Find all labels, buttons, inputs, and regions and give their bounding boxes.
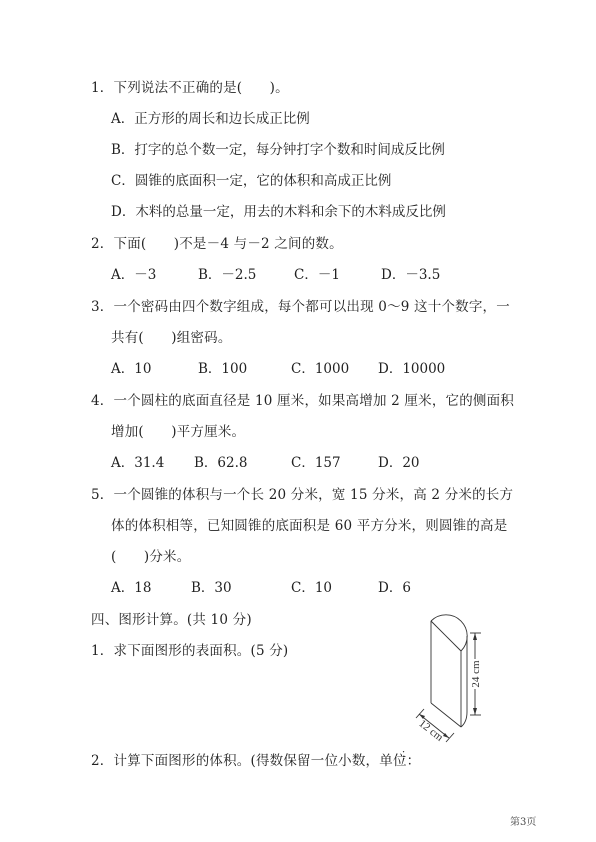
bottom-arc xyxy=(461,712,467,727)
q4-text-line2: 增加( )平方厘米。 xyxy=(111,424,245,440)
diameter-label: 12 cm xyxy=(416,718,445,744)
q5-number: 5． xyxy=(91,487,114,503)
q1-option-c[interactable]: C．圆锥的底面积一定，它的体积和高成正比例 xyxy=(111,173,391,189)
q1-option-d[interactable]: D．木料的总量一定，用去的木料和余下的木料成反比例 xyxy=(111,204,446,220)
q3-text-line2: 共有( )组密码。 xyxy=(111,330,232,346)
q3-number: 3． xyxy=(91,299,114,315)
q2-number: 2． xyxy=(91,236,114,252)
q3-option-d[interactable]: D．10000 xyxy=(378,361,445,377)
section4-title: 四、图形计算。(共 10 分) xyxy=(91,612,252,628)
q2-stem: 2．下面( )不是－4 与－2 之间的数。 xyxy=(91,236,343,252)
q3-option-a[interactable]: A．10 xyxy=(111,361,151,377)
q5-text-line1: 一个圆锥的体积与一个长 20 分米，宽 15 分米，高 2 分米的长方 xyxy=(114,487,514,503)
q3-text-line1: 一个密码由四个数字组成，每个都可以出现 0～9 这十个数字，一 xyxy=(114,299,510,315)
q5-text-line3: ( )分米。 xyxy=(111,549,190,565)
q2-option-c[interactable]: C．－1 xyxy=(294,267,340,283)
q4-option-b[interactable]: B．62.8 xyxy=(194,455,247,471)
q2-option-d[interactable]: D．－3.5 xyxy=(381,267,440,283)
q4-number: 4． xyxy=(91,393,114,409)
section4-q1: 1．求下面图形的表面积。(5 分) xyxy=(91,643,288,659)
colon-mark: ： xyxy=(401,748,412,760)
top-arc xyxy=(431,615,467,651)
q1-stem: 1．下列说法不正确的是( )。 xyxy=(91,80,289,96)
q1-text: 下列说法不正确的是( )。 xyxy=(114,80,289,96)
q4-option-c[interactable]: C．157 xyxy=(291,455,341,471)
q1-option-b[interactable]: B．打字的总个数一定，每分钟打字个数和时间成反比例 xyxy=(111,142,445,158)
q2-option-a[interactable]: A．－3 xyxy=(111,267,156,283)
q5-option-b[interactable]: B．30 xyxy=(191,580,232,596)
section4-q2: 2．计算下面图形的体积。(得数保留一位小数，单位： xyxy=(91,753,420,769)
q4-option-a[interactable]: A．31.4 xyxy=(111,455,164,471)
q4-text-line1: 一个圆柱的底面直径是 10 厘米，如果高增加 2 厘米，它的侧面积 xyxy=(114,393,515,409)
q2-option-b[interactable]: B．－2.5 xyxy=(198,267,256,283)
q2-text: 下面( )不是－4 与－2 之间的数。 xyxy=(114,236,343,252)
half-cylinder-figure: 24 cm 12 cm ： xyxy=(400,600,510,760)
q3-option-c[interactable]: C．1000 xyxy=(291,361,349,377)
q5-text-line2: 体的体积相等，已知圆锥的底面积是 60 平方分米，则圆锥的高是 xyxy=(111,518,507,534)
q5-option-c[interactable]: C．10 xyxy=(291,580,332,596)
height-label: 24 cm xyxy=(470,660,482,688)
q1-option-a[interactable]: A．正方形的周长和边长成正比例 xyxy=(111,111,310,127)
q3-option-b[interactable]: B．100 xyxy=(198,361,247,377)
q3-stem: 3．一个密码由四个数字组成，每个都可以出现 0～9 这十个数字，一 xyxy=(91,299,510,315)
q5-option-a[interactable]: A．18 xyxy=(111,580,151,596)
q1-number: 1． xyxy=(91,80,114,96)
top-diameter xyxy=(431,621,461,651)
bottom-diameter xyxy=(431,703,461,727)
q5-stem: 5．一个圆锥的体积与一个长 20 分米，宽 15 分米，高 2 分米的长方 xyxy=(91,487,513,503)
q4-option-d[interactable]: D．20 xyxy=(378,455,420,471)
page-number: 第3页 xyxy=(510,813,536,828)
q4-stem: 4．一个圆柱的底面直径是 10 厘米，如果高增加 2 厘米，它的侧面积 xyxy=(91,393,514,409)
q5-option-d[interactable]: D．6 xyxy=(378,580,411,596)
